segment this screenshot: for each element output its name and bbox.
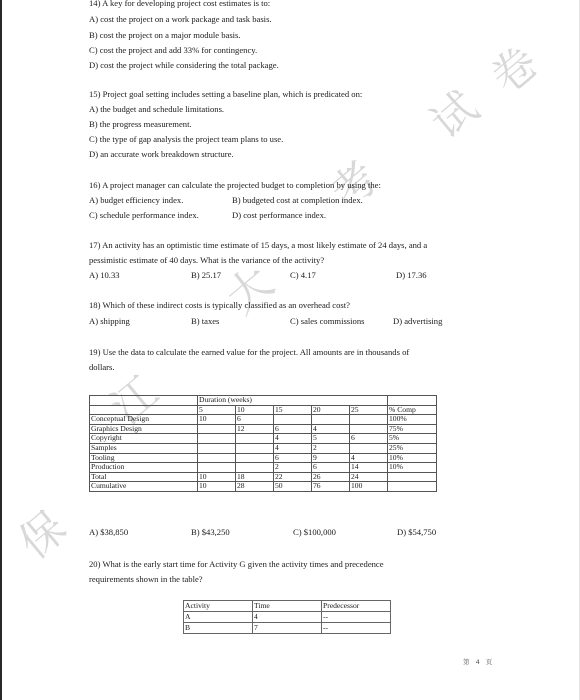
table-cell (198, 453, 236, 463)
table-cell: 4 (274, 443, 312, 453)
option-a: A) 10.33 (89, 270, 120, 281)
table-cell: -- (322, 623, 391, 634)
pct-complete-cell (388, 472, 437, 482)
option-c: C) $100,000 (293, 527, 336, 538)
table-cell (350, 415, 388, 425)
table-cell: 6 (350, 434, 388, 444)
table-cell: 12 (236, 424, 274, 434)
table-cell: 14 (350, 463, 388, 473)
option-b: B) the progress measurement. (89, 119, 192, 130)
table-cell (274, 415, 312, 425)
table-row: Samples4225% (90, 443, 437, 453)
table-cell: 4 (274, 434, 312, 444)
option-b: B) taxes (191, 316, 219, 327)
option-b: B) $43,250 (191, 527, 230, 538)
table-row: Tooling69410% (90, 453, 437, 463)
question-stem: 16) A project manager can calculate the … (89, 180, 381, 191)
option-c: C) sales commissions (290, 316, 364, 327)
option-c: C) cost the project and add 33% for cont… (89, 45, 257, 56)
row-label: Conceptual Design (90, 415, 198, 425)
row-label: Samples (90, 443, 198, 453)
table-cell: 10 (198, 415, 236, 425)
table-row: Conceptual Design106100% (90, 415, 437, 425)
option-c: C) the type of gap analysis the project … (89, 134, 283, 145)
table-cell (236, 463, 274, 473)
table-cell: 2 (274, 463, 312, 473)
duration-header: Duration (weeks) (198, 396, 388, 406)
option-a: A) the budget and schedule limitations. (89, 104, 224, 115)
table-cell (236, 434, 274, 444)
watermark-char: 卷 (475, 28, 550, 105)
table-cell (236, 453, 274, 463)
table-cell (198, 434, 236, 444)
column-header: Time (253, 601, 322, 612)
option-a: A) budget efficiency index. (89, 195, 183, 206)
question-stem-line2: pessimistic estimate of 40 days. What is… (89, 255, 324, 266)
table-cell: 7 (253, 623, 322, 634)
option-a: A) cost the project on a work package an… (89, 14, 272, 25)
table-cell: B (184, 623, 253, 634)
table-row: A4-- (184, 612, 391, 623)
table-row: Cumulative10285076100 (90, 482, 437, 492)
table-cell (198, 443, 236, 453)
option-d: D) $54,750 (397, 527, 436, 538)
pct-complete-cell (388, 482, 437, 492)
table-row: Copyright4565% (90, 434, 437, 444)
option-d: D) cost the project while considering th… (89, 60, 279, 71)
table-header-row: Duration (weeks) (90, 396, 437, 406)
table-cell: A (184, 612, 253, 623)
table-cell: 2 (312, 443, 350, 453)
table-cell (350, 443, 388, 453)
table-cell (198, 463, 236, 473)
option-a: A) $38,850 (89, 527, 128, 538)
row-label: Production (90, 463, 198, 473)
watermark-char: 试 (415, 73, 490, 150)
activity-table: Activity Time Predecessor A4--B7-- (183, 600, 391, 634)
option-b: B) 25.17 (191, 270, 221, 281)
table-cell: 28 (236, 482, 274, 492)
option-c: C) schedule performance index. (89, 210, 199, 221)
question-stem-line1: 19) Use the data to calculate the earned… (89, 347, 409, 358)
table-cell: 76 (312, 482, 350, 492)
page-number: 第 4 页 (463, 657, 494, 666)
table-row: Production261410% (90, 463, 437, 473)
question-stem-line2: dollars. (89, 362, 115, 373)
column-header: Predecessor (322, 601, 391, 612)
question-stem: 14) A key for developing project cost es… (89, 0, 270, 9)
exam-page: 保 江 大 考 试 卷 14) A key for developing pro… (0, 0, 580, 700)
option-b: B) cost the project on a major module ba… (89, 30, 241, 41)
table-cell: 6 (274, 453, 312, 463)
table-cell (236, 443, 274, 453)
column-header: 25 (350, 405, 388, 415)
option-d: D) cost performance index. (232, 210, 326, 221)
table-cell (350, 424, 388, 434)
watermark-char: 保 (3, 493, 78, 570)
column-header: Activity (184, 601, 253, 612)
table-cell: 10 (198, 482, 236, 492)
table-cell (198, 424, 236, 434)
question-stem-line1: 17) An activity has an optimistic time e… (89, 240, 427, 251)
question-stem-line2: requirements shown in the table? (89, 574, 203, 585)
earned-value-table: Duration (weeks) 5 10 15 20 25 % Comp Co… (89, 395, 437, 492)
table-cell: 6 (312, 463, 350, 473)
question-stem: 15) Project goal setting includes settin… (89, 89, 362, 100)
pct-complete-cell: 25% (388, 443, 437, 453)
table-cell: 100 (350, 482, 388, 492)
table-header-row: Activity Time Predecessor (184, 601, 391, 612)
table-cell: 6 (274, 424, 312, 434)
row-label: Cumulative (90, 482, 198, 492)
option-a: A) shipping (89, 316, 130, 327)
table-cell: 4 (312, 424, 350, 434)
table-cell: 50 (274, 482, 312, 492)
question-stem-line1: 20) What is the early start time for Act… (89, 559, 384, 570)
option-b: B) budgeted cost at completion index. (232, 195, 363, 206)
option-d: D) 17.36 (396, 270, 427, 281)
question-stem: 18) Which of these indirect costs is typ… (89, 300, 350, 311)
table-cell: 9 (312, 453, 350, 463)
table-cell: 6 (236, 415, 274, 425)
option-c: C) 4.17 (290, 270, 316, 281)
column-header: 15 (274, 405, 312, 415)
column-header: 20 (312, 405, 350, 415)
table-cell (312, 415, 350, 425)
table-cell: -- (322, 612, 391, 623)
option-d: D) advertising (393, 316, 442, 327)
table-cell: 5 (312, 434, 350, 444)
option-d: D) an accurate work breakdown structure. (89, 149, 234, 160)
table-row: B7-- (184, 623, 391, 634)
column-header: 10 (236, 405, 274, 415)
table-row: Graphics Design126475% (90, 424, 437, 434)
table-cell: 4 (253, 612, 322, 623)
table-row: Total1018222624 (90, 472, 437, 482)
pct-complete-cell: 10% (388, 463, 437, 473)
pct-complete-cell: 100% (388, 415, 437, 425)
